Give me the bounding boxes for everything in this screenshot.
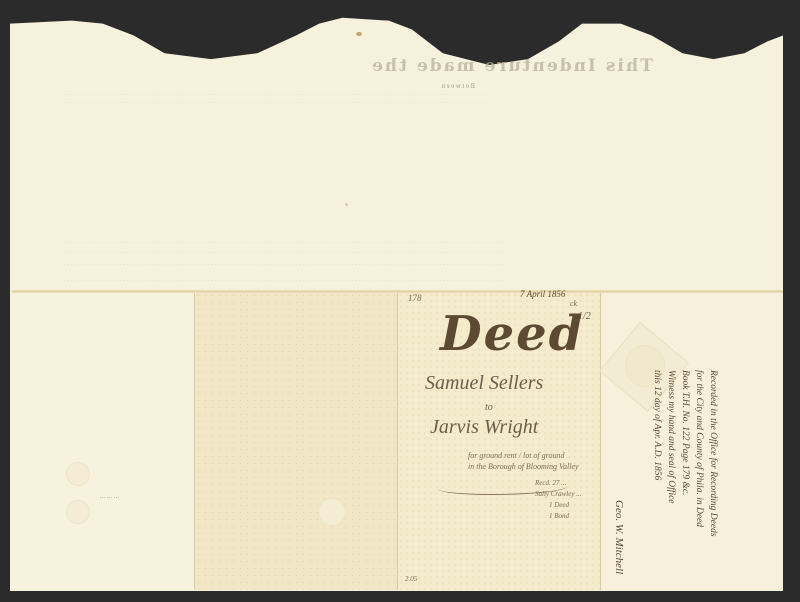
embossed-seal-mark — [66, 462, 90, 486]
docket-notes: Recd. 27 ... Sally Crawley ... 1 Deed 1 … — [535, 478, 581, 522]
recording-endorsement: Recorded in the Office for Recording Dee… — [650, 370, 720, 540]
docket-bottom-note: 2.05 — [405, 575, 417, 583]
header-bleedthrough: This Indenture made the — [370, 56, 770, 76]
left-fold-panel — [12, 292, 194, 590]
bleedthrough-text-line: · · · · · · · · · · · · · · · · · · · · … — [60, 92, 760, 99]
header-title-mirrored: This Indenture made the — [370, 56, 653, 76]
bleedthrough-text-line: · · · · · · · · · · · · · · · · · · · · … — [60, 262, 780, 269]
docket-corner-number: 178 — [408, 293, 422, 303]
left-panel-signature: ... ... ... — [100, 492, 119, 500]
bleedthrough-text-line: · · · · · · · · · · · · · · · · · · · · … — [60, 240, 780, 247]
between-bleedthrough: Between — [440, 82, 475, 90]
property-description: for ground rent / lot of ground in the B… — [468, 450, 579, 472]
bleedthrough-text-line: · · · · · · · · · · · · · · · · · · · · … — [60, 250, 780, 257]
horizontal-fold-line — [12, 290, 783, 293]
middle-left-fold-panel — [194, 292, 397, 590]
grantor-name: Samuel Sellers — [425, 372, 543, 395]
embossed-seal-mark — [318, 498, 346, 526]
recorder-signature: Geo. W. Mitchell — [613, 500, 625, 580]
grantee-name: Jarvis Wright — [430, 416, 538, 439]
bleedthrough-text-line: · · · · · · · · · · · · · · · · · · · · … — [60, 278, 780, 285]
deed-title: Deed — [440, 306, 584, 362]
bleedthrough-text-line: · · · · · · · · · · · · · · · · · · · · … — [60, 100, 760, 107]
docket-date-note: 7 April 1856 — [520, 289, 565, 299]
to-word: to — [485, 402, 493, 413]
ink-stain — [345, 203, 348, 206]
embossed-seal-mark — [66, 500, 90, 524]
ink-stain — [356, 32, 362, 36]
